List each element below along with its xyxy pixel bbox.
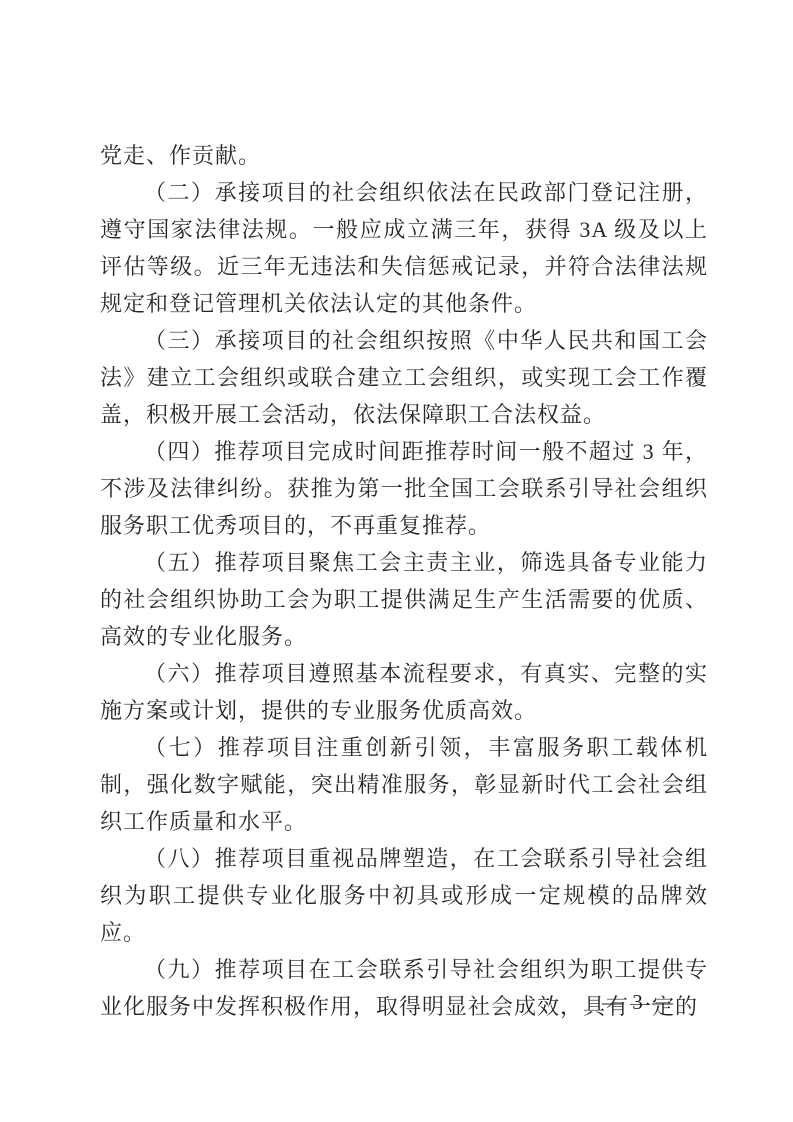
paragraph-item-3: （三）承接项目的社会组织按照《中华人民共和国工会法》建立工会组织或联合建立工会组… xyxy=(100,322,708,433)
paragraph-item-5: （五）推荐项目聚焦工会主责主业，筛选具备专业能力的社会组织协助工会为职工提供满足… xyxy=(100,544,708,655)
paragraph-item-2: （二）承接项目的社会组织依法在民政部门登记注册，遵守国家法律法规。一般应成立满三… xyxy=(100,174,708,322)
paragraph-item-8: （八）推荐项目重视品牌塑造，在工会联系引导社会组织为职工提供专业化服务中初具或形… xyxy=(100,840,708,951)
paragraph-continuation: 党走、作贡献。 xyxy=(100,137,708,174)
paragraph-item-7: （七）推荐项目注重创新引领，丰富服务职工载体机制，强化数字赋能，突出精准服务，彰… xyxy=(100,729,708,840)
page-number: — 3 — xyxy=(602,990,675,1015)
document-body: 党走、作贡献。 （二）承接项目的社会组织依法在民政部门登记注册，遵守国家法律法规… xyxy=(100,137,708,1025)
paragraph-item-4: （四）推荐项目完成时间距推荐时间一般不超过 3 年，不涉及法律纠纷。获推为第一批… xyxy=(100,433,708,544)
document-page: 党走、作贡献。 （二）承接项目的社会组织依法在民政部门登记注册，遵守国家法律法规… xyxy=(0,0,793,1122)
paragraph-item-6: （六）推荐项目遵照基本流程要求，有真实、完整的实施方案或计划，提供的专业服务优质… xyxy=(100,655,708,729)
